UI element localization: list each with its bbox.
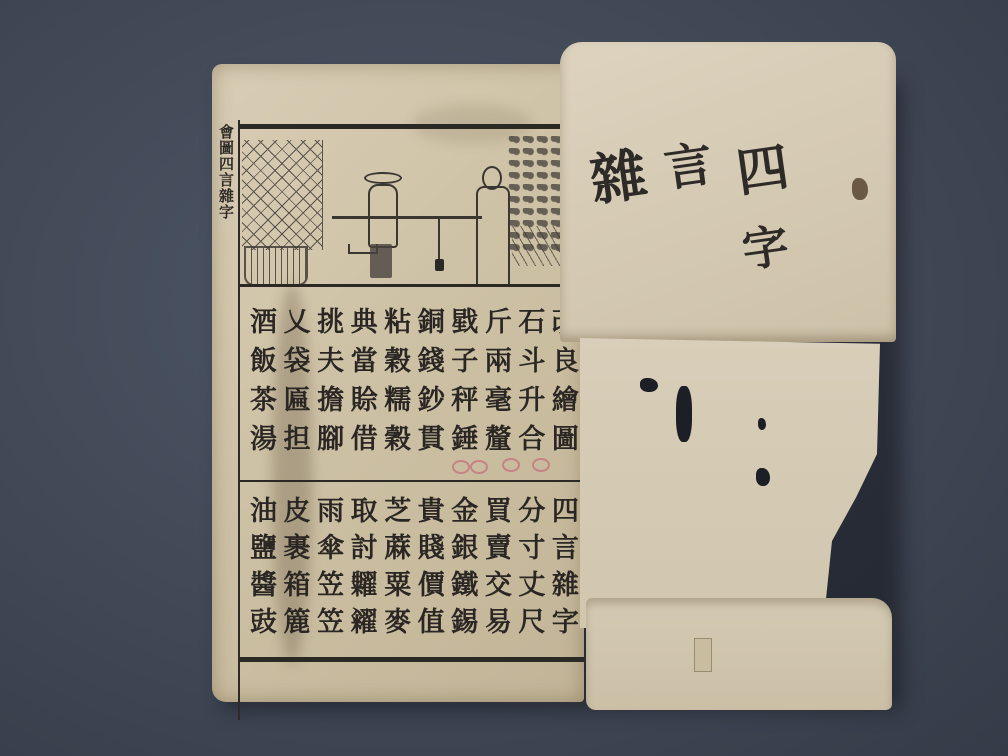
text-col-chars: 乂袋匾担: [278, 307, 310, 463]
porter-legs: [370, 244, 392, 278]
text-col-chars: 芝蔴粟麥: [378, 496, 410, 644]
text-column: 酒飯茶湯: [244, 290, 276, 480]
text-column: 乂袋匾担: [278, 290, 310, 480]
worm-hole: [640, 378, 658, 392]
text-column: 買賣交易: [479, 482, 511, 657]
worm-hole: [676, 386, 692, 442]
text-column: 斤兩毫釐: [479, 290, 511, 480]
text-col-chars: 戥子秤錘: [445, 307, 477, 463]
text-column: 取討糶糴: [345, 482, 377, 657]
straw-hat: [364, 172, 402, 184]
handwritten-char: 字: [738, 209, 793, 281]
text-column: 皮裹箱簏: [278, 482, 310, 657]
text-col-chars: 粘穀糯穀: [378, 307, 410, 463]
worm-hole: [852, 178, 868, 200]
text-column: 金銀鐵錫: [445, 482, 477, 657]
margin-title: 會圖四言雜字: [216, 124, 234, 220]
text-col-chars: 銅錢鈔貫: [412, 307, 444, 463]
text-column: 貴賤價值: [412, 482, 444, 657]
steelyard-pole: [332, 216, 482, 219]
text-column: 芝蔴粟麥: [378, 482, 410, 657]
lattice-wall: [242, 140, 323, 250]
left-printed-page: 會圖四言雜字 改良繪圖 石斗升合 斤兩毫釐 戥子秤錘 銅錢鈔貫 粘穀糯穀 典當賒…: [212, 64, 584, 702]
upper-text-block: 改良繪圖 石斗升合 斤兩毫釐 戥子秤錘 銅錢鈔貫 粘穀糯穀 典當賒借 挑夫擔腳 …: [238, 290, 584, 480]
text-col-chars: 分寸丈尺: [512, 496, 544, 644]
porter-figure: [358, 172, 404, 282]
text-column: 典當賒借: [345, 290, 377, 480]
worm-hole: [756, 468, 770, 486]
handwritten-char: 雜: [585, 130, 652, 217]
paper-patch: [694, 638, 712, 672]
handwritten-char: 言: [659, 125, 716, 200]
frame-top-rule: [238, 124, 584, 129]
merchant-figure: [472, 166, 512, 287]
text-column: 銅錢鈔貫: [412, 290, 444, 480]
text-col-chars: 皮裹箱簏: [278, 496, 310, 644]
text-column: 挑夫擔腳: [311, 290, 343, 480]
red-punctuation-mark: [470, 460, 488, 474]
lower-text-block: 四言雜字 分寸丈尺 買賣交易 金銀鐵錫 貴賤價值 芝蔴粟麥 取討糶糴 雨傘笠笠 …: [238, 480, 584, 662]
porter-body: [368, 184, 398, 248]
text-col-chars: 油鹽醬豉: [244, 496, 276, 644]
red-punctuation-mark: [452, 460, 470, 474]
text-column: 油鹽醬豉: [244, 482, 276, 657]
text-col-chars: 金銀鐵錫: [445, 496, 477, 644]
text-col-chars: 斤兩毫釐: [479, 307, 511, 463]
text-column: 分寸丈尺: [512, 482, 544, 657]
cover-lower-flap: [586, 598, 892, 710]
cover-middle: [580, 338, 880, 628]
text-column: 石斗升合: [512, 290, 544, 480]
steelyard-weight: [438, 219, 446, 259]
text-column: 雨傘笠笠: [311, 482, 343, 657]
text-col-chars: 貴賤價值: [412, 496, 444, 644]
text-col-chars: 典當賒借: [345, 307, 377, 463]
basket: [244, 246, 308, 286]
red-punctuation-mark: [532, 458, 550, 472]
text-col-chars: 取討糶糴: [345, 496, 377, 644]
text-col-chars: 買賣交易: [479, 496, 511, 644]
text-col-chars: 挑夫擔腳: [311, 307, 343, 463]
text-col-chars: 雨傘笠笠: [311, 496, 343, 644]
woodcut-illustration: [238, 134, 584, 287]
text-col-chars: 酒飯茶湯: [244, 307, 276, 463]
text-column: 粘穀糯穀: [378, 290, 410, 480]
red-punctuation-mark: [502, 458, 520, 472]
right-cover: 四 言 字 雜: [560, 42, 898, 714]
cover-upper-flap: 四 言 字 雜: [560, 42, 896, 342]
text-column: 戥子秤錘: [445, 290, 477, 480]
handwritten-char: 四: [731, 125, 793, 207]
worm-hole: [758, 418, 766, 430]
text-col-chars: 石斗升合: [512, 307, 544, 463]
merchant-robe: [476, 186, 510, 287]
